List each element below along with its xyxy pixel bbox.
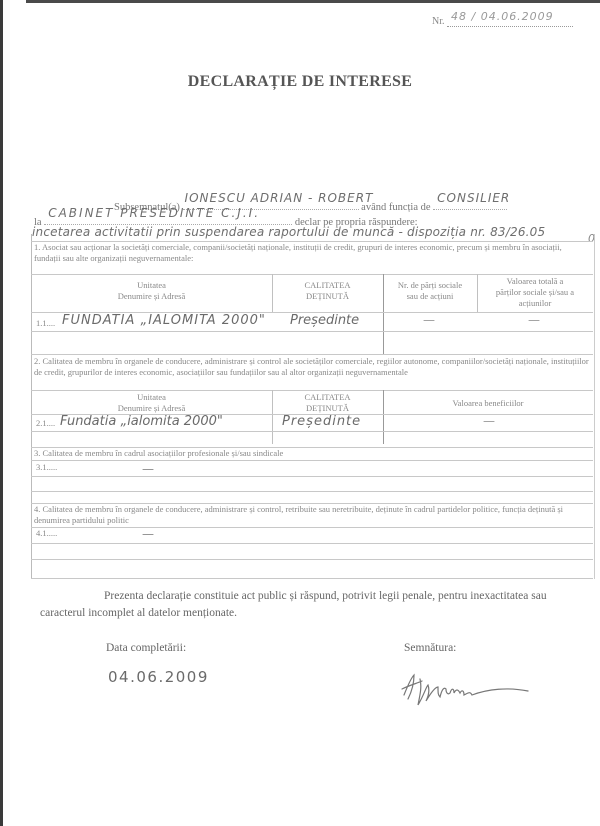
section4-heading: 4. Calitatea de membru în organele de co…	[34, 504, 589, 526]
divider	[31, 331, 593, 332]
row-unitatea: FUNDATIA „IALOMITA 2000"	[62, 313, 266, 328]
row-value: —	[142, 462, 154, 476]
col-header-sub: Denumire și Adresă	[31, 403, 272, 414]
divider	[31, 491, 593, 492]
row-index: 2.1....	[36, 418, 55, 429]
s1-col-unitatea: Unitatea Denumire și Adresă	[31, 280, 272, 302]
row-calitatea: Președinte	[282, 414, 361, 429]
col-header: Unitatea	[31, 392, 272, 403]
row-value: —	[142, 527, 154, 541]
col-header-sub: sau de acțiuni	[383, 291, 477, 302]
divider	[31, 543, 593, 544]
divider	[31, 527, 593, 528]
document-title: DECLARAȚIE DE INTERESE	[0, 73, 600, 91]
nr-value: 48 / 04.06.2009	[451, 10, 554, 23]
divider	[31, 431, 593, 432]
col-header-sub: DEȚINUTĂ	[272, 291, 383, 302]
declarant-name: IONESCU ADRIAN - ROBERT	[185, 191, 374, 205]
row-valoare: —	[528, 313, 540, 327]
registration-number: Nr. 48 / 04.06.2009	[432, 14, 573, 27]
col-header: CALITATEA	[272, 280, 383, 291]
s1-col-nr: Nr. de părți sociale sau de acțiuni	[383, 280, 477, 302]
section3-heading: 3. Calitatea de membru în cadrul asociaț…	[34, 448, 589, 459]
legal-statement: Prezenta declarație constituie act publi…	[40, 588, 592, 622]
section1-heading: 1. Asociat sau acționar la societăți com…	[34, 242, 589, 264]
col-header-sub: acțiunilor	[477, 298, 593, 309]
divider	[31, 460, 593, 461]
row-index: 3.1.....	[36, 462, 57, 473]
nr-label: Nr.	[432, 16, 445, 27]
row-calitatea: Președinte	[290, 313, 359, 328]
row-unitatea: Fundatia „ialomita 2000"	[60, 414, 223, 429]
row-valoare: —	[483, 414, 495, 428]
col-header-sub: DEȚINUTĂ	[272, 403, 383, 414]
s2-col-valoare: Valoarea beneficiilor	[383, 398, 593, 409]
row-index: 4.1.....	[36, 528, 57, 539]
col-header: Unitatea	[31, 280, 272, 291]
divider	[31, 354, 593, 355]
date-label: Data completării:	[106, 640, 186, 657]
scan-edge	[0, 0, 3, 826]
scan-top-edge	[26, 0, 600, 3]
s1-col-calitatea: CALITATEA DEȚINUTĂ	[272, 280, 383, 302]
institution-name: CABINET PRESEDINTE C.J.I.	[48, 206, 260, 220]
col-header: Nr. de părți sociale	[383, 280, 477, 291]
declarant-function: CONSILIER	[437, 191, 510, 205]
divider	[31, 274, 593, 275]
s1-col-valoare: Valoarea totală a părților sociale și/sa…	[477, 276, 593, 309]
row-nr: —	[423, 313, 435, 327]
col-header: CALITATEA	[272, 392, 383, 403]
s2-col-calitatea: CALITATEA DEȚINUTĂ	[272, 392, 383, 414]
col-header: Valoarea totală a	[477, 276, 593, 287]
divider	[31, 476, 593, 477]
signature-label: Semnătura:	[404, 640, 456, 657]
divider	[31, 559, 593, 560]
divider	[31, 390, 593, 391]
col-header-sub: părților sociale și/sau a	[477, 287, 593, 298]
s2-col-unitatea: Unitatea Denumire și Adresă	[31, 392, 272, 414]
date-value: 04.06.2009	[108, 668, 209, 686]
signature-scribble-icon	[398, 665, 548, 715]
section2-heading: 2. Calitatea de membru în organele de co…	[34, 356, 589, 378]
signature	[398, 665, 548, 715]
row-index: 1.1....	[36, 318, 55, 329]
divider	[31, 578, 593, 579]
col-header-sub: Denumire și Adresă	[31, 291, 272, 302]
